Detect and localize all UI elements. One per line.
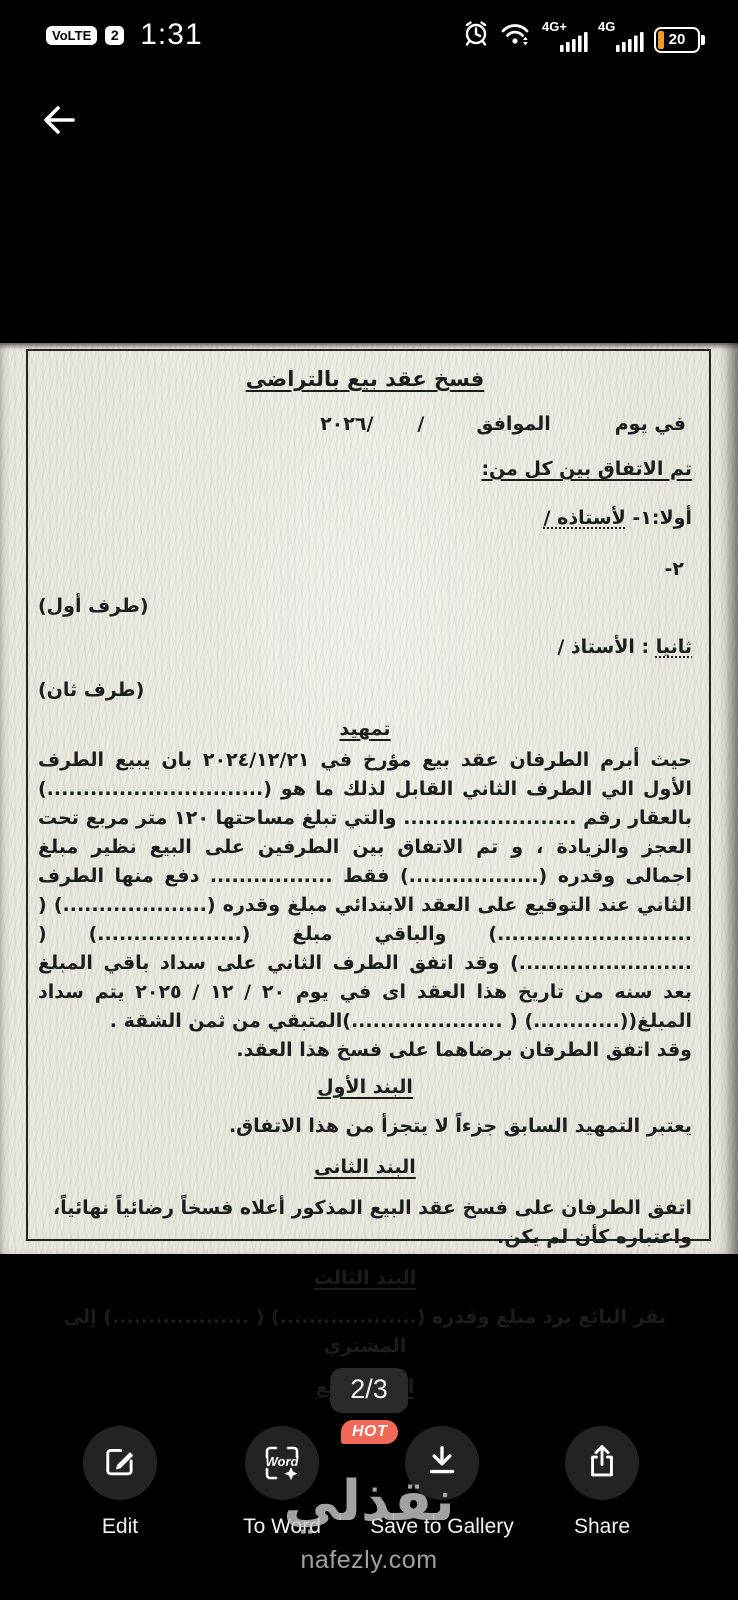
sim2-badge: 2 [105, 26, 124, 45]
signal-4g-plus-icon: 4G+ [542, 19, 588, 53]
save-button-circle[interactable] [405, 1426, 479, 1500]
volte-badge: VoLTE [46, 26, 97, 45]
to-word-button[interactable]: Word HOT To Word [192, 1426, 372, 1539]
preamble-last-line: وقد اتفق الطرفان برضاهما على فسخ هذا الع… [38, 1036, 692, 1065]
share-button-circle[interactable] [565, 1426, 639, 1500]
date-year: ٢٠٢٦/ [320, 410, 373, 439]
signal-4g-icon: 4G [598, 19, 644, 53]
party2-tag: (طرف ثان) [38, 676, 692, 705]
clause1-heading: البند الأول [38, 1073, 692, 1102]
save-to-gallery-button[interactable]: Save to Gallery [352, 1426, 532, 1539]
clause3-heading: البند الثالث [38, 1264, 692, 1293]
share-button[interactable]: Share [512, 1426, 692, 1539]
document-page-image[interactable]: فسخ عقد بيع بالتراضى في يوم الموافق / ٢٠… [0, 343, 738, 1254]
party1-tag: (طرف أول) [38, 592, 692, 621]
edit-button[interactable]: Edit [30, 1426, 210, 1539]
battery-nub [701, 35, 705, 45]
clause2-heading: البند الثانى [38, 1153, 692, 1182]
document-title: فسخ عقد بيع بالتراضى [38, 365, 692, 394]
battery-level-fill [658, 31, 664, 49]
battery-percent: 20 [669, 31, 686, 48]
agreement-line: تم الاتفاق بين كل من: [38, 455, 692, 484]
word-icon-text: Word [260, 1454, 304, 1469]
clock-time: 1:31 [140, 18, 202, 52]
arrow-left-icon [37, 97, 83, 148]
word-convert-icon: Word [260, 1441, 304, 1485]
date-corresponding-label: الموافق [476, 410, 550, 439]
alarm-icon [462, 18, 490, 53]
document-date-line: في يوم الموافق / ٢٠٢٦/ [38, 410, 692, 439]
save-to-gallery-label: Save to Gallery [352, 1515, 532, 1539]
edit-icon [100, 1441, 140, 1486]
network-type-label: 4G [598, 19, 615, 34]
battery-icon: 20 [654, 27, 700, 53]
party2-line: ثانيا : الأستاذ / [38, 633, 692, 662]
status-right-cluster: 4G+ 4G [462, 18, 700, 53]
to-word-label: To Word [192, 1515, 372, 1539]
page-indicator: 2/3 [330, 1368, 408, 1413]
back-button[interactable] [34, 96, 86, 148]
share-label: Share [512, 1515, 692, 1539]
clause2-text: اتفق الطرفان على فسخ عقد البيع المذكور أ… [38, 1194, 692, 1252]
nafezly-watermark-domain: nafezly.com [0, 1546, 738, 1575]
preamble-paragraph: حيث أبرم الطرفان عقد بيع مؤرخ في ٢٠٢٤/١٢… [38, 746, 692, 1036]
party1-item2: ٢- [38, 555, 692, 584]
party1-line: أولا:١- لأستاذه / [38, 504, 692, 533]
edit-label: Edit [30, 1515, 210, 1539]
date-slash: / [417, 410, 424, 439]
edit-button-circle[interactable] [83, 1426, 157, 1500]
preamble-heading: تمهيد [38, 715, 692, 744]
clause3-text: يقر البائع برد مبلغ وقدره (.............… [38, 1303, 692, 1361]
to-word-button-circle[interactable]: Word HOT [245, 1426, 319, 1500]
download-icon [422, 1441, 462, 1486]
date-day-label: في يوم [615, 410, 686, 439]
share-icon [582, 1441, 622, 1486]
wifi-icon [500, 18, 532, 53]
document-text: فسخ عقد بيع بالتراضى في يوم الموافق / ٢٠… [38, 351, 692, 1236]
phone-screen: VoLTE 2 1:31 [0, 0, 738, 1600]
status-left-cluster: VoLTE 2 1:31 [46, 18, 203, 52]
clause1-text: يعتبر التمهيد السابق جزءاً لا يتجزأ من ه… [38, 1112, 692, 1141]
status-bar: VoLTE 2 1:31 [0, 0, 738, 62]
